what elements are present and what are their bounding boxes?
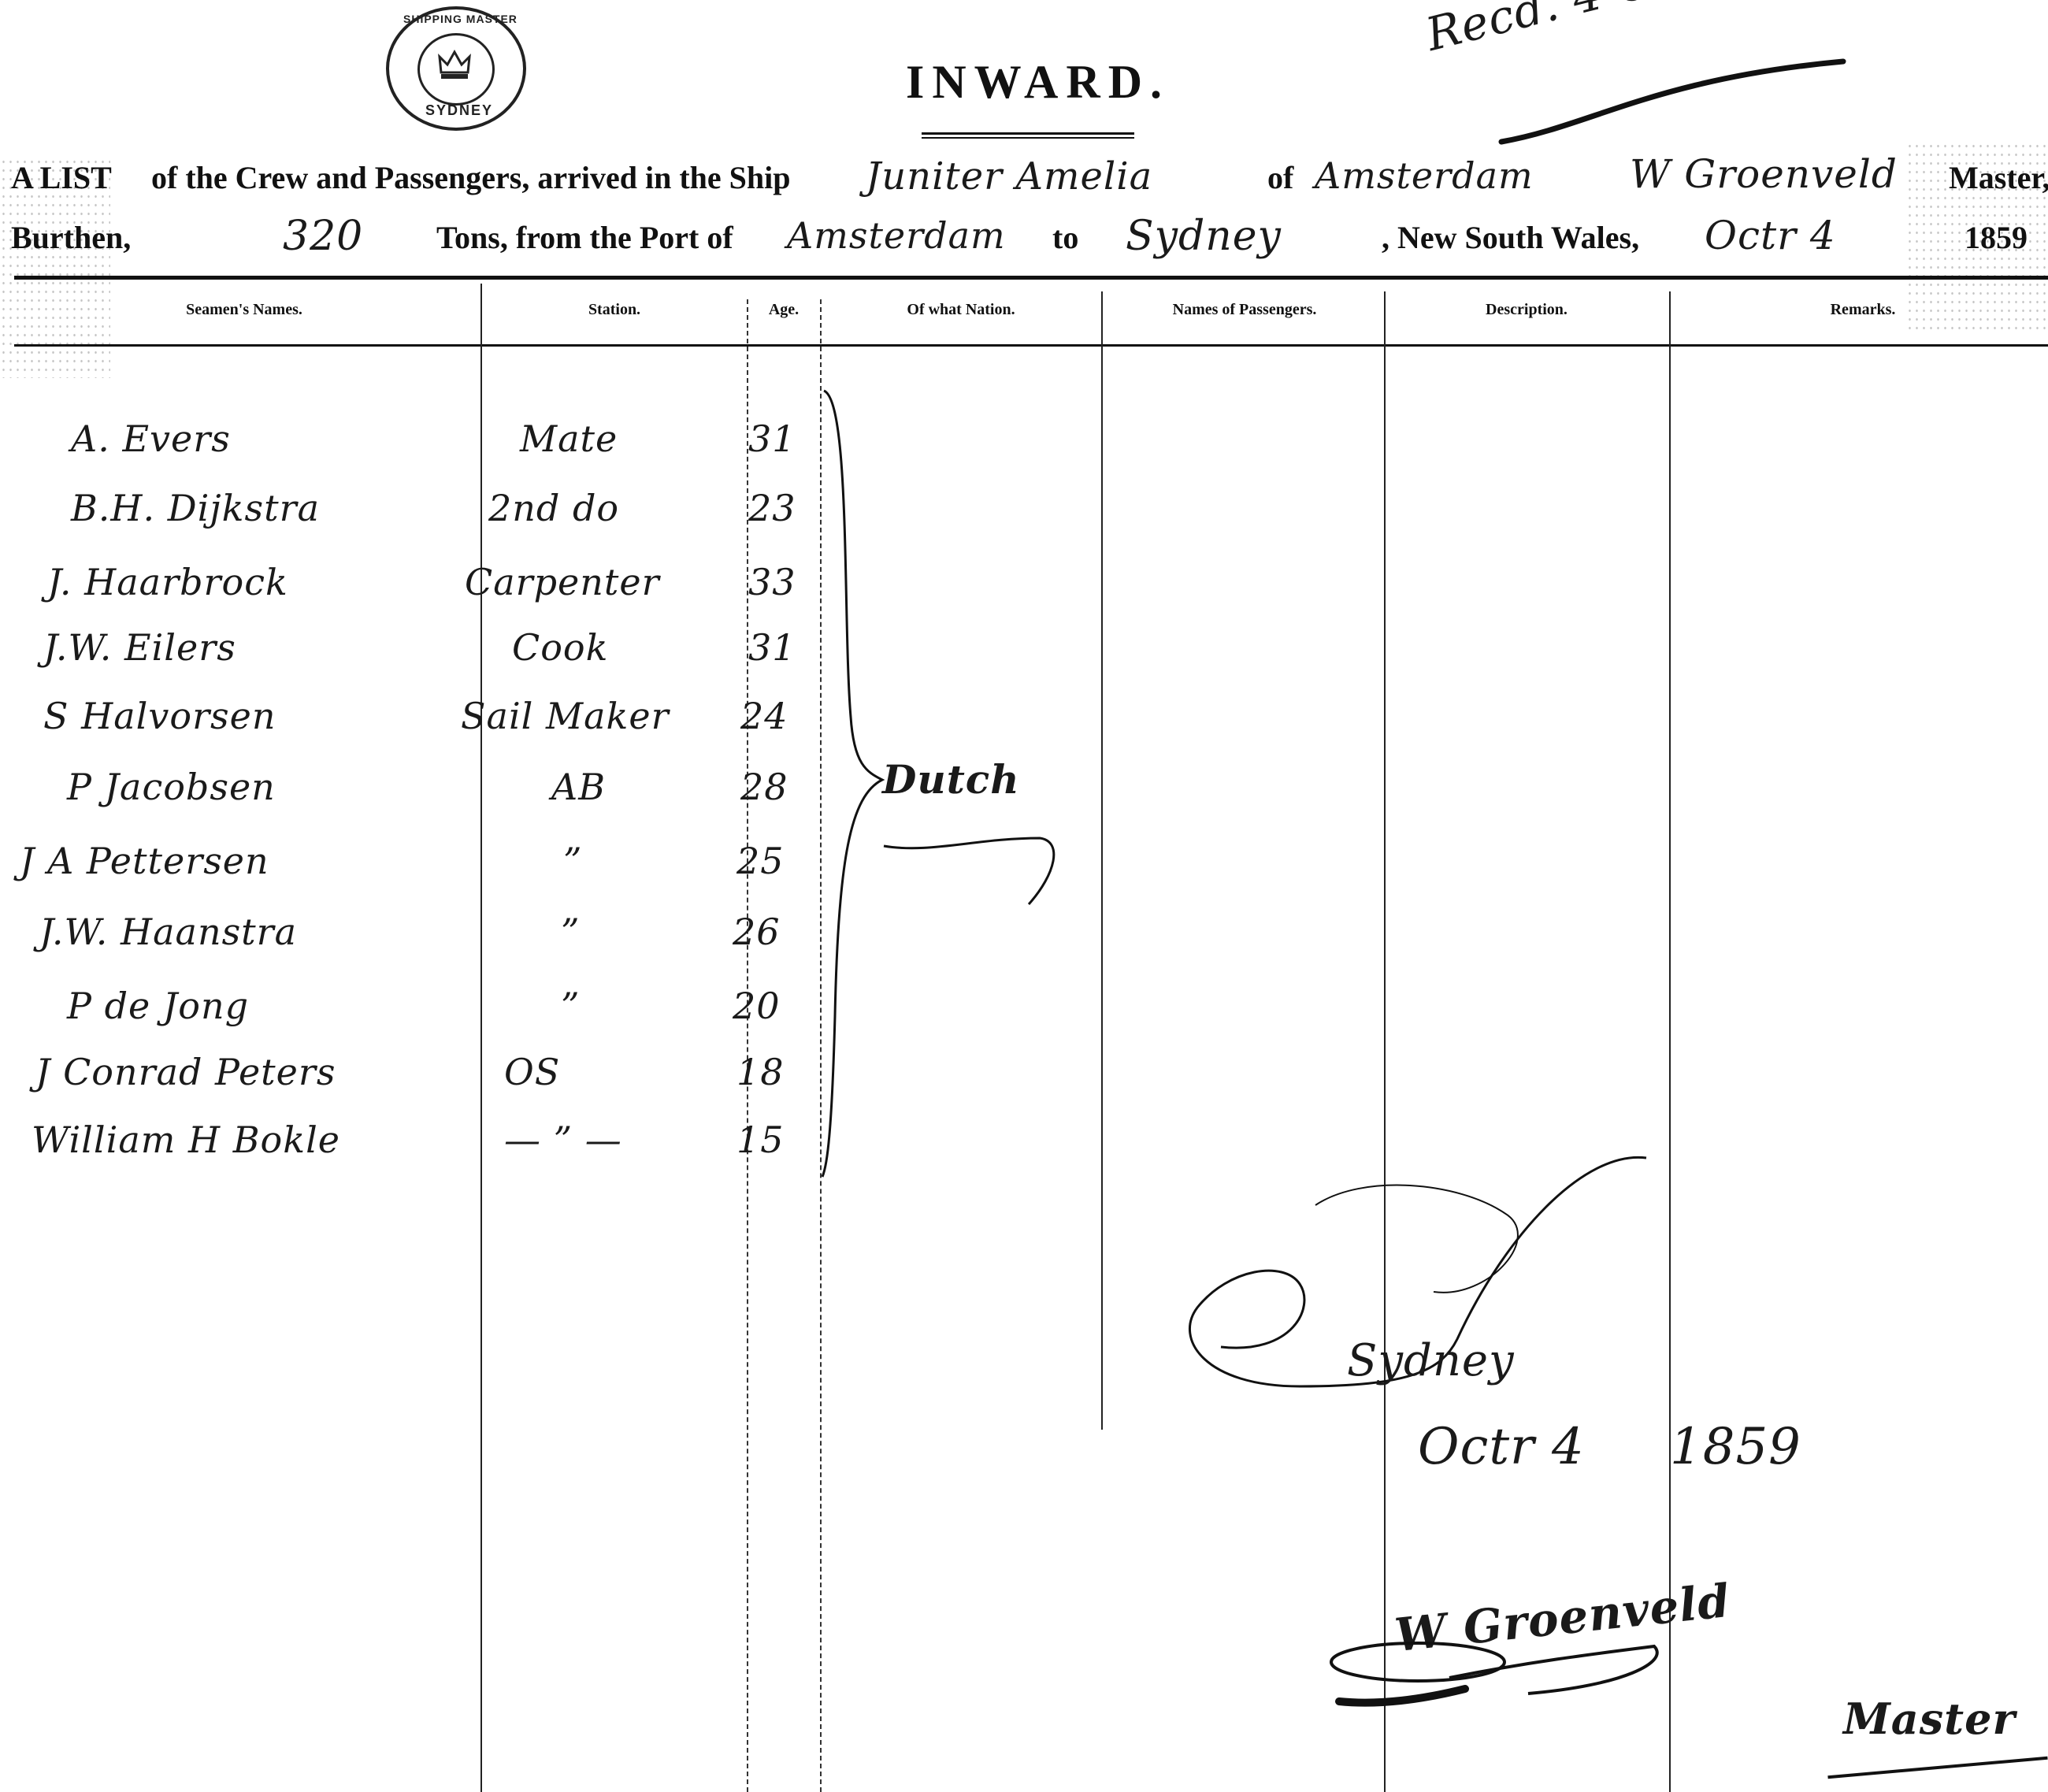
- seaman-name: J A Pettersen: [20, 840, 269, 882]
- table-row: P Jacobsen AB 28: [0, 766, 827, 813]
- region-text: , New South Wales,: [1382, 219, 1639, 256]
- title-underline-2: [922, 137, 1134, 139]
- seaman-age: 31: [748, 417, 796, 460]
- seaman-name: P Jacobsen: [67, 766, 276, 808]
- seaman-name: A. Evers: [71, 417, 231, 460]
- seaman-age: 33: [748, 561, 796, 603]
- seaman-station: — ” —: [504, 1119, 622, 1161]
- table-row: J A Pettersen ” 25: [0, 840, 827, 887]
- table-row: S Halvorsen Sail Maker 24: [0, 695, 827, 742]
- table-row: P de Jong ” 20: [0, 985, 827, 1032]
- of-label: of: [1267, 159, 1293, 196]
- arrival-date-year: 1859: [1965, 219, 2028, 256]
- seaman-station: Mate: [520, 417, 618, 460]
- seaman-age: 15: [736, 1119, 785, 1161]
- nation-value: Dutch: [882, 756, 1020, 803]
- master-name: W Groenveld: [1630, 151, 1898, 197]
- received-note: Recd. 4 Oct. 1859: [1421, 0, 1850, 61]
- signature-paraph: [1323, 1631, 1670, 1717]
- to-label: to: [1052, 219, 1078, 256]
- title-underline: [922, 132, 1134, 135]
- seaman-age: 20: [733, 985, 781, 1027]
- column-header-nation: Of what Nation.: [907, 301, 1015, 319]
- table-row: J Conrad Peters OS 18: [0, 1051, 827, 1098]
- seaman-name: J.W. Haanstra: [39, 911, 297, 953]
- table-row: A. Evers Mate 31: [0, 417, 827, 465]
- table-row: J. Haarbrock Carpenter 33: [0, 561, 827, 608]
- seaman-name: William H Bokle: [32, 1119, 340, 1161]
- table-row: J.W. Eilers Cook 31: [0, 626, 827, 673]
- seaman-station: Sail Maker: [461, 695, 670, 737]
- master-label: Master,: [1949, 159, 2048, 196]
- seaman-name: J. Haarbrock: [47, 561, 288, 603]
- seaman-name: J Conrad Peters: [35, 1051, 336, 1093]
- seaman-name: J.W. Eilers: [43, 626, 236, 669]
- seaman-age: 24: [740, 695, 788, 737]
- seaman-station: Cook: [512, 626, 608, 669]
- home-port: Amsterdam: [1315, 154, 1534, 197]
- seaman-name: S Halvorsen: [43, 695, 276, 737]
- received-flourish: [1497, 55, 1859, 150]
- seaman-station: ”: [561, 985, 581, 1027]
- column-divider-6: [1669, 291, 1671, 1792]
- signature-place: Sydney: [1347, 1335, 1515, 1386]
- master-role-underline: [1827, 1757, 2047, 1779]
- seaman-station: OS: [504, 1051, 560, 1093]
- page-title: INWARD.: [906, 55, 1170, 109]
- seaman-station: Carpenter: [465, 561, 660, 603]
- nation-brace: [819, 386, 882, 1182]
- seaman-age: 26: [733, 911, 781, 953]
- column-divider-5: [1384, 291, 1386, 1792]
- arrival-date-day: Octr 4: [1705, 213, 1836, 258]
- seaman-age: 23: [748, 487, 796, 529]
- signature-date-day: Octr 4: [1418, 1418, 1585, 1476]
- seaman-age: 18: [736, 1051, 785, 1093]
- seaman-age: 25: [736, 840, 785, 882]
- crew-table: A. Evers Mate 31 B.H. Dijkstra 2nd do 23…: [0, 0, 827, 1792]
- seaman-station: 2nd do: [488, 487, 619, 529]
- table-row: J.W. Haanstra ” 26: [0, 911, 827, 958]
- table-row: William H Bokle — ” — 15: [0, 1119, 827, 1166]
- column-header-description: Description.: [1486, 301, 1568, 319]
- signature-date-year: 1859: [1670, 1418, 1801, 1476]
- column-header-remarks: Remarks.: [1831, 301, 1896, 319]
- column-header-passengers: Names of Passengers.: [1173, 301, 1317, 319]
- seaman-age: 28: [740, 766, 788, 808]
- master-role-label: Master: [1843, 1694, 2016, 1744]
- to-port: Sydney: [1126, 213, 1282, 260]
- seaman-station: ”: [563, 840, 583, 882]
- table-row: B.H. Dijkstra 2nd do 23: [0, 487, 827, 534]
- ship-name: Juniter Amelia: [866, 154, 1152, 198]
- seaman-station: ”: [561, 911, 581, 953]
- seaman-name: B.H. Dijkstra: [71, 487, 320, 529]
- seaman-age: 31: [748, 626, 796, 669]
- seaman-name: P de Jong: [67, 985, 249, 1027]
- seaman-station: AB: [551, 766, 606, 808]
- column-divider-4: [1101, 291, 1103, 1430]
- nation-flourish: [882, 835, 1063, 906]
